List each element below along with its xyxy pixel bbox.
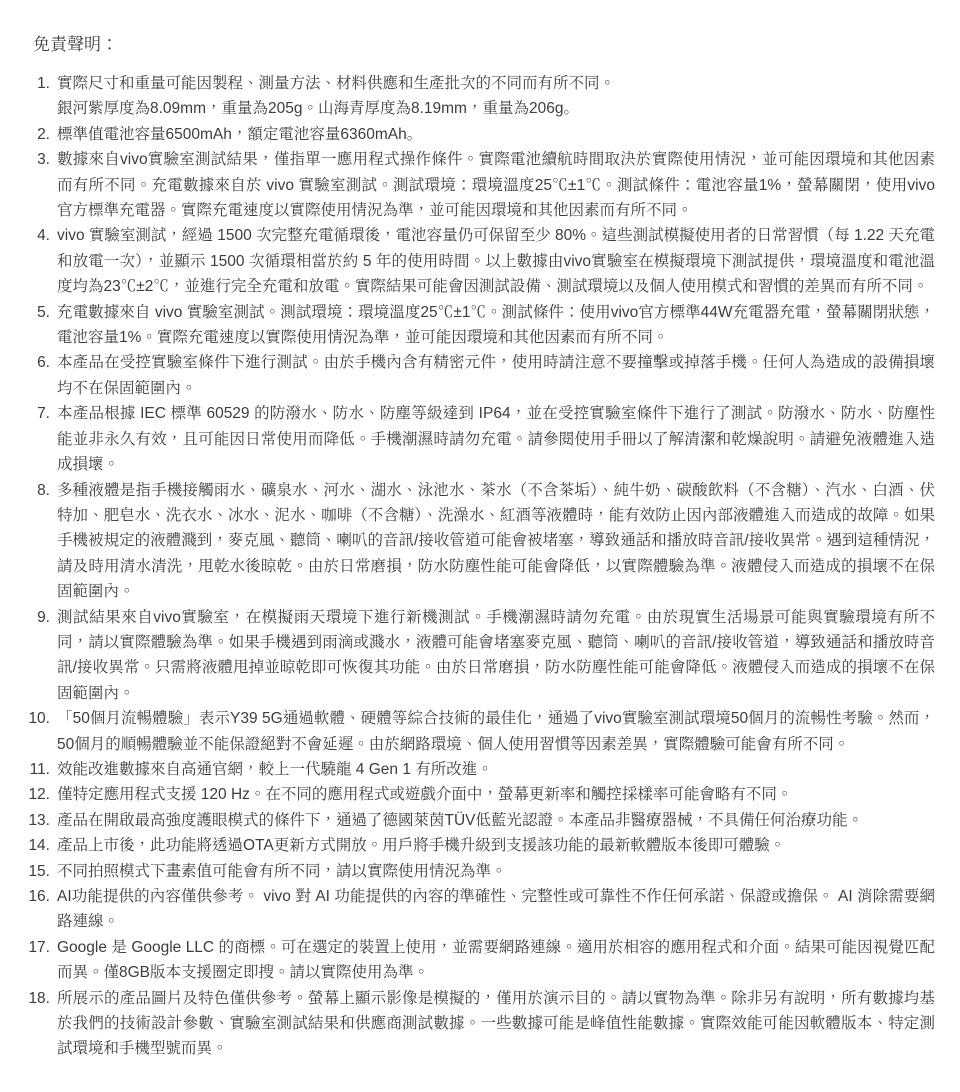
disclaimer-item-8: 8. 多種液體是指手機接觸雨水、礦泉水、河水、湖水、泳池水、茶水（不含茶垢）、純…	[26, 478, 935, 605]
item-number: 4.	[26, 223, 50, 248]
disclaimer-item-12: 12. 僅特定應用程式支援 120 Hz。在不同的應用程式或遊戲介面中，螢幕更新…	[26, 782, 935, 807]
disclaimer-item-18: 18. 所展示的產品圖片及特色僅供參考。螢幕上顯示影像是模擬的，僅用於演示目的。…	[26, 986, 935, 1062]
item-number: 7.	[26, 401, 50, 426]
item-number: 2.	[26, 122, 50, 147]
item-number: 1.	[26, 71, 50, 96]
item-text: vivo 實驗室測試，經過 1500 次完整充電循環後，電池容量仍可保留至少 8…	[57, 223, 935, 299]
disclaimer-item-16: 16. AI功能提供的內容僅供參考。 vivo 對 AI 功能提供的內容的準確性…	[26, 884, 935, 935]
item-number: 8.	[26, 478, 50, 503]
item-number: 17.	[26, 935, 50, 960]
item-number: 13.	[26, 808, 50, 833]
item-number: 10.	[26, 706, 50, 731]
item-number: 6.	[26, 350, 50, 375]
disclaimer-item-4: 4. vivo 實驗室測試，經過 1500 次完整充電循環後，電池容量仍可保留至…	[26, 223, 935, 299]
disclaimer-item-13: 13. 產品在開啟最高強度護眼模式的條件下，通過了德國萊茵TÜV低藍光認證。本產…	[26, 808, 935, 833]
item-text: 「50個月流暢體驗」表示Y39 5G通過軟體、硬體等綜合技術的最佳化，通過了vi…	[57, 706, 935, 757]
item-text: 充電數據來自 vivo 實驗室測試。測試環境：環境溫度25℃±1℃。測試條件：使…	[57, 300, 935, 351]
item-number: 15.	[26, 859, 50, 884]
item-number: 16.	[26, 884, 50, 909]
item-number: 5.	[26, 300, 50, 325]
disclaimer-item-7: 7. 本產品根據 IEC 標準 60529 的防潑水、防水、防塵等級達到 IP6…	[26, 401, 935, 477]
disclaimer-item-10: 10. 「50個月流暢體驗」表示Y39 5G通過軟體、硬體等綜合技術的最佳化，通…	[26, 706, 935, 757]
item-text: 不同拍照模式下畫素值可能會有所不同，請以實際使用情況為準。	[57, 859, 935, 884]
item-text-line2: 銀河紫厚度為8.09mm，重量為205g。山海青厚度為8.19mm，重量為206…	[57, 96, 935, 121]
disclaimer-item-2: 2. 標準值電池容量6500mAh，額定電池容量6360mAh。	[26, 122, 935, 147]
disclaimer-item-17: 17. Google 是 Google LLC 的商標。可在選定的裝置上使用，並…	[26, 935, 935, 986]
item-text: 僅特定應用程式支援 120 Hz。在不同的應用程式或遊戲介面中，螢幕更新率和觸控…	[57, 782, 935, 807]
item-text: 本產品在受控實驗室條件下進行測試。由於手機內含有精密元件，使用時請注意不要撞擊或…	[57, 350, 935, 401]
item-number: 12.	[26, 782, 50, 807]
item-text: Google 是 Google LLC 的商標。可在選定的裝置上使用，並需要網路…	[57, 935, 935, 986]
item-text: 效能改進數據來自高通官網，較上一代驍龍 4 Gen 1 有所改進。	[57, 757, 935, 782]
item-text: 所展示的產品圖片及特色僅供參考。螢幕上顯示影像是模擬的，僅用於演示目的。請以實物…	[57, 986, 935, 1062]
disclaimer-item-3: 3. 數據來自vivo實驗室測試結果，僅指單一應用程式操作條件。實際電池續航時間…	[26, 147, 935, 223]
disclaimer-item-5: 5. 充電數據來自 vivo 實驗室測試。測試環境：環境溫度25℃±1℃。測試條…	[26, 300, 935, 351]
item-text: 產品上市後，此功能將透過OTA更新方式開放。用戶將手機升級到支援該功能的最新軟體…	[57, 833, 935, 858]
disclaimer-list: 1. 實際尺寸和重量可能因製程、測量方法、材料供應和生產批次的不同而有所不同。 …	[26, 71, 935, 1062]
item-number: 14.	[26, 833, 50, 858]
disclaimer-item-6: 6. 本產品在受控實驗室條件下進行測試。由於手機內含有精密元件，使用時請注意不要…	[26, 350, 935, 401]
item-number: 3.	[26, 147, 50, 172]
disclaimer-item-11: 11. 效能改進數據來自高通官網，較上一代驍龍 4 Gen 1 有所改進。	[26, 757, 935, 782]
item-text: 標準值電池容量6500mAh，額定電池容量6360mAh。	[57, 122, 935, 147]
item-text: 本產品根據 IEC 標準 60529 的防潑水、防水、防塵等級達到 IP64，並…	[57, 401, 935, 477]
item-number: 9.	[26, 605, 50, 630]
disclaimer-item-1: 1. 實際尺寸和重量可能因製程、測量方法、材料供應和生產批次的不同而有所不同。 …	[26, 71, 935, 122]
item-text: AI功能提供的內容僅供參考。 vivo 對 AI 功能提供的內容的準確性、完整性…	[57, 884, 935, 935]
disclaimer-page: 免責聲明： 1. 實際尺寸和重量可能因製程、測量方法、材料供應和生產批次的不同而…	[0, 0, 960, 1092]
item-text: 測試結果來自vivo實驗室，在模擬雨天環境下進行新機測試。手機潮濕時請勿充電。由…	[57, 605, 935, 707]
page-title: 免責聲明：	[33, 33, 935, 57]
item-text: 實際尺寸和重量可能因製程、測量方法、材料供應和生產批次的不同而有所不同。 銀河紫…	[57, 71, 935, 122]
item-text: 多種液體是指手機接觸雨水、礦泉水、河水、湖水、泳池水、茶水（不含茶垢）、純牛奶、…	[57, 478, 935, 605]
disclaimer-item-15: 15. 不同拍照模式下畫素值可能會有所不同，請以實際使用情況為準。	[26, 859, 935, 884]
item-number: 18.	[26, 986, 50, 1011]
item-text: 數據來自vivo實驗室測試結果，僅指單一應用程式操作條件。實際電池續航時間取決於…	[57, 147, 935, 223]
item-text: 產品在開啟最高強度護眼模式的條件下，通過了德國萊茵TÜV低藍光認證。本產品非醫療…	[57, 808, 935, 833]
item-number: 11.	[26, 757, 50, 782]
disclaimer-item-14: 14. 產品上市後，此功能將透過OTA更新方式開放。用戶將手機升級到支援該功能的…	[26, 833, 935, 858]
disclaimer-item-9: 9. 測試結果來自vivo實驗室，在模擬雨天環境下進行新機測試。手機潮濕時請勿充…	[26, 605, 935, 707]
